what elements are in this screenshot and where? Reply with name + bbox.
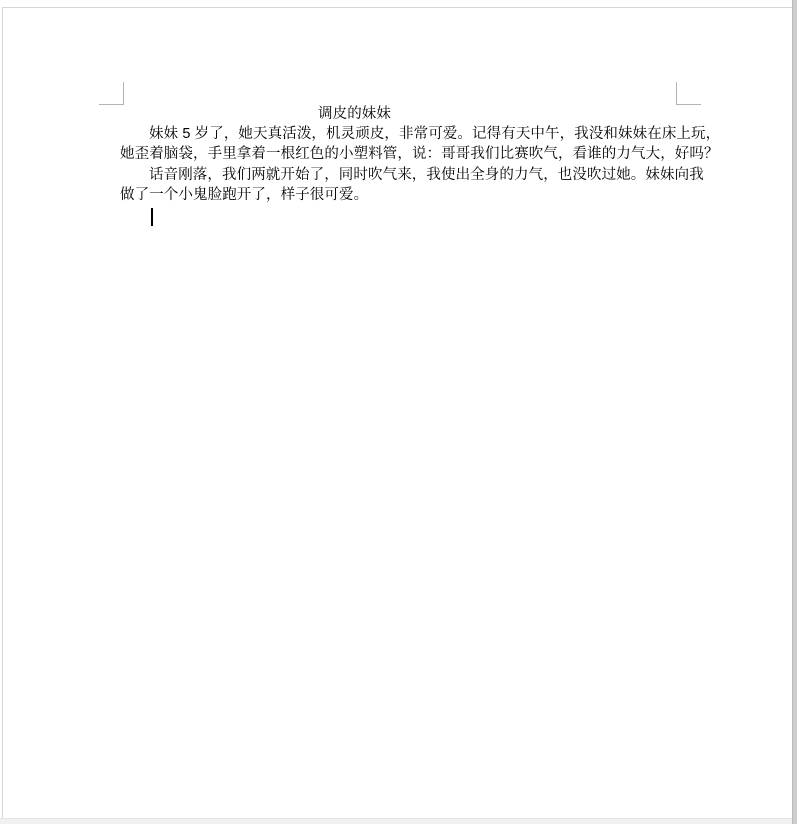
body-line-4[interactable]: 做了一个小鬼脸跑开了，样子很可爱。 (120, 188, 368, 203)
body-line-2[interactable]: 她歪着脑袋，手里拿着一根红色的小塑料管，说：哥哥我们比赛吹气，看谁的力气大，好吗… (120, 147, 719, 162)
page-bottom-gap (0, 818, 792, 824)
body-line-1[interactable]: 妹妹 5 岁了，她天真活泼，机灵顽皮，非常可爱。记得有天中午，我没和妹妹在床上玩… (149, 127, 720, 142)
margin-crop-mark-top-right (676, 82, 701, 105)
text-cursor (151, 208, 153, 226)
page-right-gap (792, 0, 797, 824)
document-title[interactable]: 调皮的妹妹 (318, 107, 391, 122)
document-page[interactable]: 调皮的妹妹 妹妹 5 岁了，她天真活泼，机灵顽皮，非常可爱。记得有天中午，我没和… (2, 7, 792, 818)
margin-crop-mark-top-left (99, 82, 124, 105)
editor-viewport: 调皮的妹妹 妹妹 5 岁了，她天真活泼，机灵顽皮，非常可爱。记得有天中午，我没和… (0, 0, 797, 824)
body-line-3[interactable]: 话音刚落，我们两就开始了，同时吹气来，我使出全身的力气，也没吹过她。妹妹向我 (149, 168, 704, 183)
